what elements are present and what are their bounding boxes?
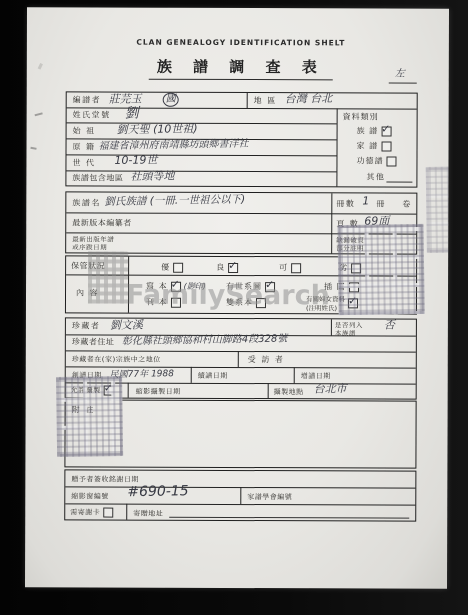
divider (67, 122, 337, 124)
continued-date-label: 續譜日期 (198, 371, 228, 381)
familysearch-logo-watermark (88, 251, 128, 303)
seal-stamp-edge (426, 166, 449, 252)
owner-position-label: 珍藏者在(家)宗族中之地位 (72, 354, 161, 364)
checkbox (103, 508, 113, 518)
thanks-date-label: 贈予者簽收銘謝日期 (71, 474, 139, 484)
option-label: 良 (216, 262, 225, 273)
option-label: 優 (161, 262, 170, 273)
divider (331, 193, 332, 253)
mail-address-underline (169, 517, 409, 519)
corner-mark: 左 (395, 68, 405, 80)
pub-date-label: 最新出版年譜或序跋日期 (72, 235, 114, 251)
interviewee-label: 受 訪 者 (248, 355, 285, 365)
checkbox (173, 262, 183, 272)
compiler-label: 編譜者 (73, 95, 102, 105)
form-title: 族 譜 調 查 表 (66, 55, 416, 77)
label-line: 最新出版年譜 (72, 235, 114, 243)
divider (66, 350, 416, 352)
divider (247, 93, 248, 108)
divider (191, 367, 192, 383)
volume-unit2: 卷 (402, 200, 412, 210)
listed-value: 否 (384, 319, 395, 331)
owner-address-value: 彰化縣社頭鄉協和村山脚路4段328號 (122, 333, 288, 348)
divider (294, 367, 295, 383)
generation-value: 10-19世 (114, 154, 157, 167)
label-line: 是否列入 (335, 321, 363, 329)
checkbox (386, 156, 396, 166)
divider (67, 107, 417, 109)
category-other-label: 其他 (366, 172, 385, 182)
region-label: 地 區 (254, 96, 277, 106)
volume-label: 冊數 (336, 199, 355, 209)
region-value: 台灣 台北 (285, 93, 333, 106)
book-title-value: 劉氏族譜 (一冊.一世祖公以下) (104, 194, 245, 208)
divider (268, 383, 269, 398)
section-footer: 贈予者簽收銘謝日期 縮影窗編號 #690-15 家譜學會編號 需寄謝卡 寄贈地址 (64, 469, 416, 521)
volume-unit: 冊 (376, 199, 386, 209)
checkbox (228, 262, 238, 272)
editor-label: 最新版本編纂者 (72, 218, 132, 228)
divider (66, 154, 336, 156)
filming-date-label: 縮影攝製日期 (136, 387, 181, 397)
divider (128, 383, 129, 398)
film-number-value: #690-15 (127, 485, 189, 498)
mail-address-label: 寄贈地址 (133, 509, 163, 519)
pencil-mark (30, 147, 36, 150)
form-english-title: CLAN GENEALOGY IDENTIFICATION SHELT (66, 37, 416, 47)
book-title-label: 族譜名 (72, 198, 101, 208)
ancestor-label: 始 祖 (73, 126, 96, 136)
compiler-circled-value: 國 (163, 93, 179, 107)
owner-label: 珍藏者 (72, 321, 101, 331)
option-label: 家 譜 (357, 140, 379, 151)
origin-value: 福建省漳州府南靖縣坊頭鄉書洋社 (98, 138, 248, 153)
divider (240, 487, 241, 504)
surname-value: 劉 (125, 108, 139, 120)
volume-value: 1 (362, 195, 369, 207)
surname-label: 姓氏堂號 (73, 110, 111, 120)
filming-place-label: 攝製地點 (274, 387, 304, 397)
other-underline (386, 182, 412, 183)
category-header: 資料類別 (343, 112, 379, 122)
listed-label: 是否列入本族譜 (335, 321, 363, 337)
checkbox (381, 126, 391, 136)
paper-sheet: CLAN GENEALOGY IDENTIFICATION SHELT 族 譜 … (25, 7, 449, 588)
film-number-label: 縮影窗編號 (71, 491, 109, 501)
society-number-label: 家譜學會編號 (247, 492, 292, 502)
label-line: 本族譜 (335, 329, 356, 337)
pencil-mark (38, 63, 43, 70)
microfilm-frame: CLAN GENEALOGY IDENTIFICATION SHELT 族 譜 … (0, 0, 468, 615)
thank-card-option: 需寄謝卡 (70, 507, 113, 517)
checkbox (381, 141, 391, 151)
checkbox (291, 263, 301, 273)
origin-label: 原 籍 (73, 142, 96, 152)
category-option-family: 家 譜 (357, 140, 392, 151)
seal-stamp-left (56, 376, 123, 457)
category-option-clan: 族 譜 (357, 125, 392, 136)
ancestor-value: 劉天聖 (10世祖) (116, 123, 197, 136)
divider (66, 170, 336, 172)
compiler-value: 莊芫玉 (109, 93, 142, 106)
condition-excellent: 優 (161, 262, 183, 273)
divider (331, 319, 332, 335)
divider (238, 351, 239, 367)
corner-mark-underline (389, 83, 417, 84)
condition-good: 良 (216, 262, 238, 273)
coverage-value: 社頭等地 (130, 170, 174, 183)
filming-place-value: 台北市 (314, 383, 347, 396)
form-title-text: 族 譜 調 查 表 (149, 58, 333, 81)
divider (336, 108, 337, 186)
section-identification: 編譜者 莊芫玉 國 地 區 台灣 台北 姓氏堂號 劉 始 祖 劉天聖 (10世祖… (65, 91, 417, 187)
option-label: 功德譜 (356, 155, 383, 166)
familysearch-watermark: FamilySearch (126, 280, 330, 312)
generation-label: 世 代 (72, 158, 95, 168)
owner-value: 劉文溪 (110, 319, 143, 332)
option-label: 可 (279, 262, 288, 273)
condition-fair: 可 (279, 262, 301, 273)
option-label: 族 譜 (357, 125, 379, 136)
divider (126, 504, 127, 520)
category-option-merit: 功德譜 (356, 155, 396, 166)
pencil-mark (35, 112, 43, 116)
coverage-label: 族譜包含地區 (72, 173, 123, 183)
seal-stamp-right (337, 224, 424, 315)
circled-char: 國 (163, 93, 179, 107)
option-label: 需寄謝卡 (70, 507, 100, 517)
expanded-date-label: 增譜日期 (301, 371, 331, 381)
owner-address-label: 珍藏者住址 (72, 337, 115, 347)
label-line: 或序跋日期 (72, 243, 107, 251)
